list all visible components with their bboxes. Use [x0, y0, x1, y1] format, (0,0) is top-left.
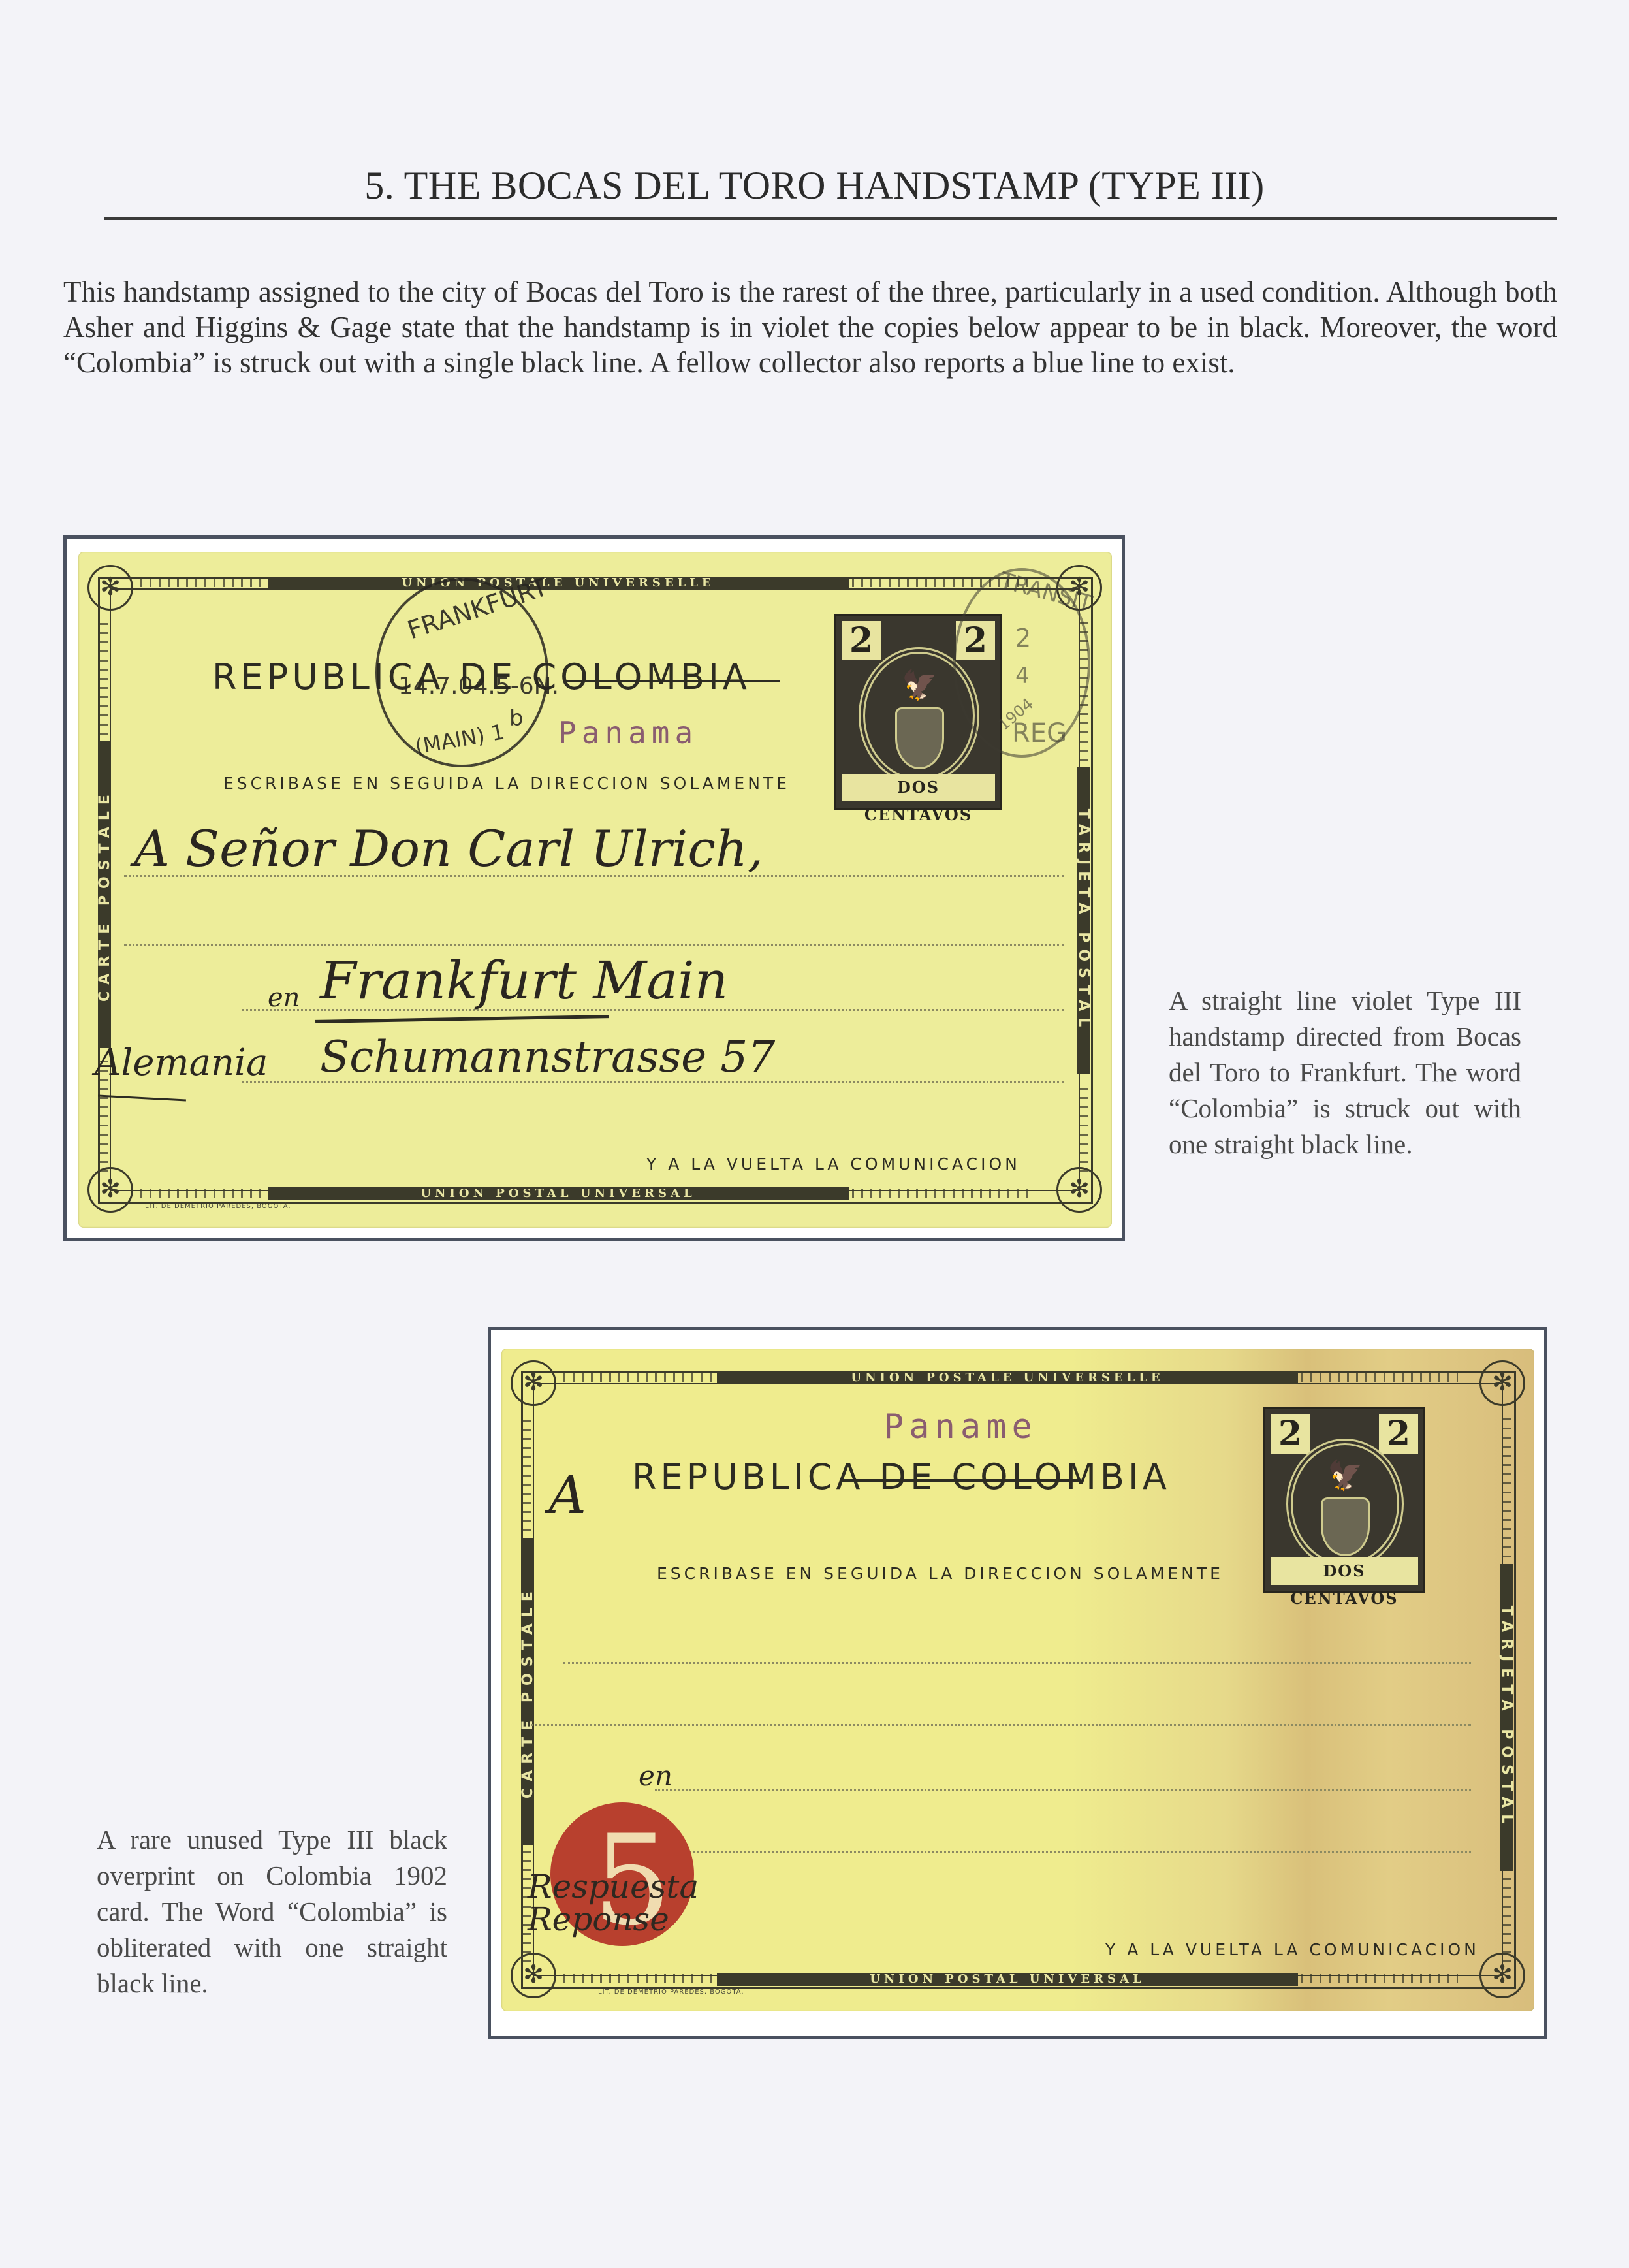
corner-ornament-br — [1479, 1953, 1525, 1998]
greek-key-bottom-left — [563, 1974, 714, 1983]
instruction-text: ESCRIBASE EN SEGUIDA LA DIRECCION SOLAME… — [657, 1564, 1224, 1583]
corner-ornament-bl — [87, 1167, 133, 1213]
heading-struck-word: COLOMBIA — [951, 1456, 1170, 1497]
footer-text: Y A LA VUELTA LA COMUNICACION — [1105, 1940, 1479, 1959]
coat-of-arms-shield — [1321, 1497, 1370, 1556]
type-iii-handstamp: Panama — [558, 715, 698, 750]
right-band-text: TARJETA POSTAL — [1500, 1564, 1513, 1871]
coat-of-arms-shield — [895, 707, 944, 769]
card-heading: REPUBLICA DE COLOMBIA — [632, 1456, 1171, 1497]
condor-icon: 🦅 — [1308, 1458, 1383, 1492]
stamp-value-left: 2 — [842, 621, 881, 660]
card-2-postal-card: UNION POSTALE UNIVERSELLE UNION POSTAL U… — [501, 1349, 1534, 2011]
transit-month: 4 — [1015, 663, 1030, 689]
transit-day: 2 — [1015, 624, 1031, 652]
greek-key-left — [99, 617, 108, 735]
bottom-band-text: UNION POSTAL UNIVERSAL — [268, 1187, 849, 1200]
bottom-band-text: UNION POSTAL UNIVERSAL — [717, 1973, 1298, 1986]
top-band-text: UNION POSTALE UNIVERSELLE — [717, 1371, 1298, 1384]
title-underline-divider — [104, 217, 1557, 220]
transit-bottom: REG — [1012, 718, 1067, 748]
printer-imprint: LIT. DE DEMETRIO PAREDES, BOGOTÁ. — [145, 1203, 291, 1210]
address-a-label: A — [548, 1465, 586, 1525]
stamp-value-left: 2 — [1271, 1414, 1310, 1454]
colombia-strikeout-line — [565, 680, 780, 682]
greek-key-left — [522, 1414, 531, 1531]
intro-paragraph: This handstamp assigned to the city of B… — [63, 274, 1557, 380]
corner-ornament-tr — [1479, 1360, 1525, 1406]
stamp-value-right: 2 — [1379, 1414, 1418, 1454]
type-iii-handstamp: Paname — [883, 1407, 1037, 1446]
left-band-text: CARTE POSTALE — [98, 741, 111, 1048]
reply-seal-text-2: Reponse — [528, 1900, 669, 1938]
colombia-strikeout-line — [842, 1479, 1081, 1482]
greek-key-bottom-left — [140, 1189, 264, 1198]
address-line-2 — [531, 1724, 1471, 1726]
address-en-label: en — [639, 1760, 672, 1792]
address-en-label: en — [268, 983, 300, 1013]
greek-key-top-left — [563, 1373, 714, 1382]
address-city: Frankfurt Main — [320, 950, 728, 1011]
postmark-date: 14.7.04.5-6N. — [398, 673, 559, 699]
greek-key-bottom-right — [1301, 1974, 1458, 1983]
greek-key-top-left — [140, 578, 264, 587]
instruction-text: ESCRIBASE EN SEGUIDA LA DIRECCION SOLAME… — [223, 774, 790, 793]
corner-ornament-br — [1056, 1167, 1102, 1213]
greek-key-right-lower — [1502, 1877, 1511, 1962]
address-recipient: A Señor Don Carl Ulrich, — [134, 820, 763, 878]
right-band-text: TARJETA POSTAL — [1077, 767, 1090, 1074]
footer-text: Y A LA VUELTA LA COMUNICACION — [646, 1155, 1020, 1174]
card-1-postal-card: UNION POSTALE UNIVERSELLE UNION POSTAL U… — [78, 552, 1112, 1228]
greek-key-bottom-right — [852, 1189, 1035, 1198]
printer-imprint: LIT. DE DEMETRIO PAREDES, BOGOTÁ. — [598, 1988, 744, 1996]
address-line-1 — [563, 1662, 1471, 1664]
corner-ornament-tl — [511, 1360, 556, 1406]
address-country: Alemania — [95, 1042, 268, 1084]
greek-key-right-lower — [1079, 1081, 1088, 1172]
greek-key-right — [1502, 1414, 1511, 1557]
heading-prefix: REPUBLICA DE — [632, 1456, 951, 1497]
condor-icon: 🦅 — [882, 668, 957, 702]
card-2-caption: A rare unused Type III black overprint o… — [97, 1822, 447, 2002]
top-band-text: UNION POSTALE UNIVERSELLE — [268, 577, 849, 590]
corner-ornament-bl — [511, 1953, 556, 1998]
stamp-label: DOS CENTAVOS — [842, 774, 995, 801]
corner-ornament-tl — [87, 565, 133, 611]
left-band-text: CARTE POSTALE — [521, 1538, 534, 1845]
address-line-3 — [655, 1789, 1471, 1791]
heading-struck-word: COLOMBIA — [531, 656, 750, 697]
page-title: 5. THE BOCAS DEL TORO HANDSTAMP (TYPE II… — [0, 163, 1629, 208]
stamp-label: DOS CENTAVOS — [1271, 1557, 1418, 1585]
address-line-4 — [639, 1851, 1471, 1853]
greek-key-top-right — [1301, 1373, 1458, 1382]
address-street: Schumannstrasse 57 — [320, 1032, 775, 1082]
address-line-2 — [124, 944, 1064, 946]
imprinted-stamp: 2 2 🦅 DOS CENTAVOS — [1263, 1407, 1425, 1593]
card-1-caption: A straight line violet Type III handstam… — [1169, 983, 1521, 1162]
postmark-letter: b — [509, 705, 524, 731]
